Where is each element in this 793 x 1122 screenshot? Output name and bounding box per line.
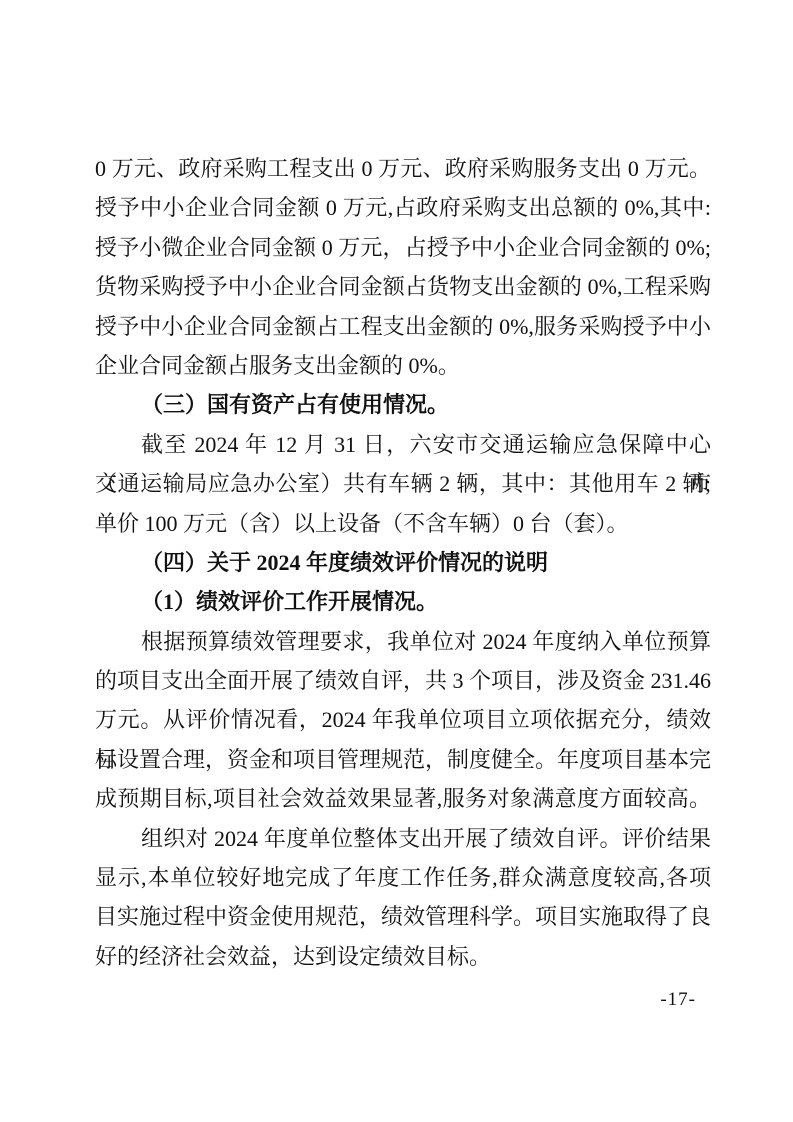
document-page: 0 万元、政府采购工程支出 0 万元、政府采购服务支出 0 万元。 授予中小企业… (0, 0, 793, 1122)
subsection-heading-1: （1）绩效评价工作开展情况。 (95, 582, 711, 621)
text-line: 单价 100 万元（含）以上设备（不含车辆）0 台（套）。 (95, 504, 711, 543)
page-number: -17- (660, 988, 696, 1012)
text-line: 显示,本单位较好地完成了年度工作任务,群众满意度较高,各项 (95, 858, 711, 897)
text-line: 0 万元、政府采购工程支出 0 万元、政府采购服务支出 0 万元。 (95, 149, 711, 188)
document-body: 0 万元、政府采购工程支出 0 万元、政府采购服务支出 0 万元。 授予中小企业… (95, 149, 711, 976)
text-line: 根据预算绩效管理要求，我单位对 2024 年度纳入单位预算 (95, 622, 711, 661)
text-line: 授予中小企业合同金额占工程支出金额的 0%,服务采购授予中小 (95, 307, 711, 346)
text-line: 货物采购授予中小企业合同金额占货物支出金额的 0%,工程采购 (95, 267, 711, 306)
text-line: 成预期目标,项目社会效益效果显著,服务对象满意度方面较高。 (95, 779, 711, 818)
text-line: 目实施过程中资金使用规范，绩效管理科学。项目实施取得了良 (95, 897, 711, 936)
text-line: 好的经济社会效益，达到设定绩效目标。 (95, 937, 711, 976)
text-line: 组织对 2024 年度单位整体支出开展了绩效自评。评价结果 (95, 819, 711, 858)
text-line: 标设置合理，资金和项目管理规范，制度健全。年度项目基本完 (95, 740, 711, 779)
section-heading-3: （三）国有资产占有使用情况。 (95, 385, 711, 424)
text-line: 企业合同金额占服务支出金额的 0%。 (95, 346, 711, 385)
text-line: 交通运输局应急办公室）共有车辆 2 辆，其中：其他用车 2 辆; (95, 464, 711, 503)
section-heading-4: （四）关于 2024 年度绩效评价情况的说明 (95, 543, 711, 582)
text-line: 截至 2024 年 12 月 31 日，六安市交通运输应急保障中心（市 (95, 425, 711, 464)
text-line: 万元。从评价情况看，2024 年我单位项目立项依据充分，绩效目 (95, 700, 711, 739)
text-line: 的项目支出全面开展了绩效自评，共 3 个项目，涉及资金 231.46 (95, 661, 711, 700)
text-line: 授予小微企业合同金额 0 万元，占授予中小企业合同金额的 0%; (95, 228, 711, 267)
text-line: 授予中小企业合同金额 0 万元,占政府采购支出总额的 0%,其中: (95, 188, 711, 227)
